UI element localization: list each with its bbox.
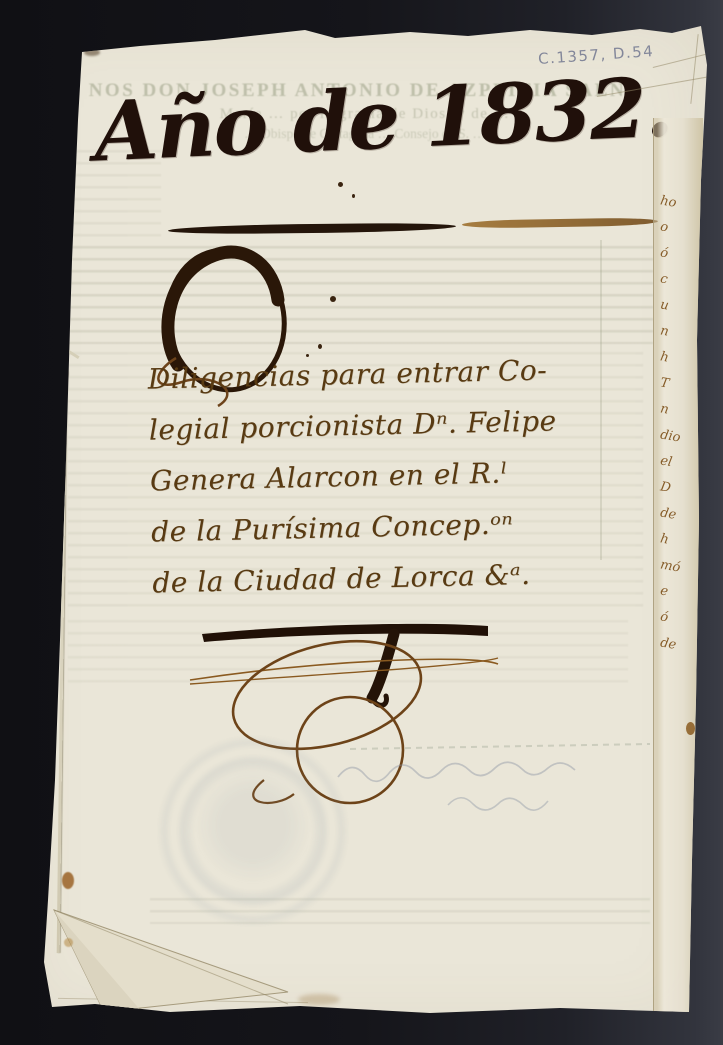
edge-writing-fragment: de	[659, 504, 704, 528]
edge-writing-fragment: D	[659, 478, 704, 502]
edge-writing-fragment: el	[659, 452, 704, 476]
scan-background: NOS DON JOSEPH ANTONIO DE AZPEITIA SAENZ…	[0, 0, 723, 1045]
rust-stain	[62, 872, 74, 889]
ink-speck	[338, 182, 343, 187]
sheet-crease	[690, 34, 698, 104]
edge-writing-fragment: h	[659, 530, 704, 554]
edge-writing-fragment: e	[659, 582, 704, 606]
folded-corner	[42, 898, 297, 1018]
edge-writing-fragment: c	[659, 270, 704, 294]
edge-writing-fragment: o	[659, 218, 704, 242]
year-title: Año de 1832.	[92, 59, 673, 180]
rust-stain	[686, 722, 695, 735]
faded-inscription	[330, 735, 665, 825]
title-underline-light	[462, 217, 658, 228]
binding-thread	[57, 243, 69, 953]
binding-thread-knot	[57, 366, 68, 379]
edge-writing-fragment: n	[659, 322, 704, 346]
edge-smudge	[84, 49, 100, 56]
rust-stain	[64, 938, 73, 947]
ink-speck	[330, 296, 336, 302]
manuscript-body-text: Diligencias para entrar Co-legial porcio…	[147, 342, 643, 608]
edge-writing-fragment: ó	[659, 244, 704, 268]
ink-speck	[306, 354, 309, 357]
ink-speck	[318, 344, 322, 349]
edge-writing-fragment: ho	[659, 192, 704, 216]
manuscript-page: NOS DON JOSEPH ANTONIO DE AZPEITIA SAENZ…	[0, 0, 723, 1045]
edge-writing-fragment: de	[659, 634, 704, 658]
ink-speck	[352, 194, 355, 198]
edge-writing-fragment: dio	[659, 426, 704, 450]
underlying-page-edge: hooócunhTndioelDdehmóeóde	[653, 118, 703, 1013]
edge-writing-fragment: T	[659, 374, 704, 398]
edge-writing-fragment: ó	[659, 608, 704, 632]
edge-writing-fragment: u	[659, 296, 704, 320]
title-underline-dark	[168, 222, 456, 234]
edge-writing-fragment: h	[659, 348, 704, 372]
paper-stain	[298, 994, 340, 1005]
edge-writing-fragment: mó	[659, 556, 704, 580]
edge-writing-fragment: n	[659, 400, 704, 424]
